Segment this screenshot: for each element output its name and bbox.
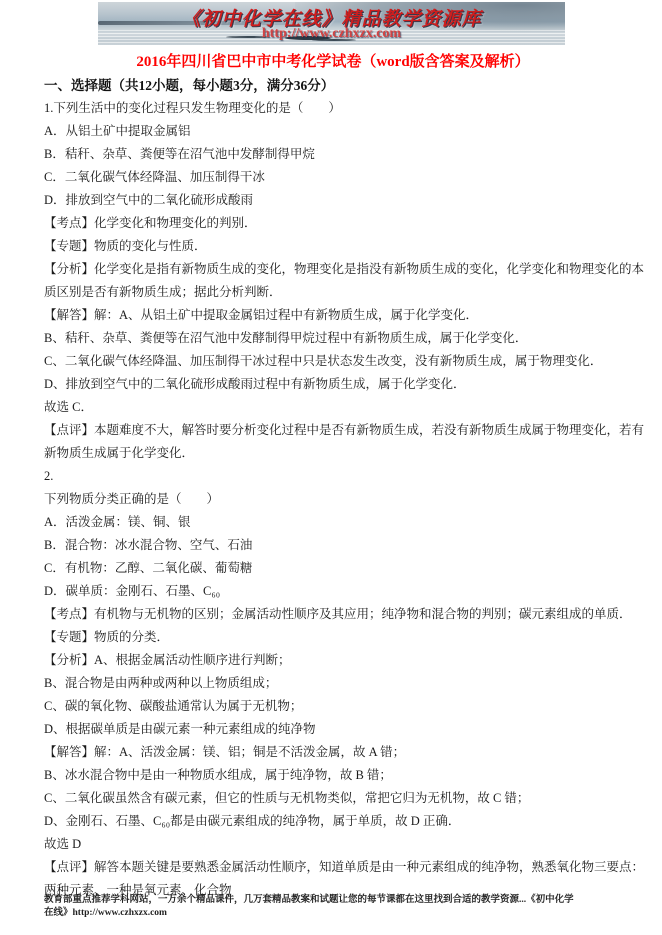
text-line: C、二氧化碳气体经降温、加压制得干冰过程中只是状态发生改变，没有新物质生成，属于…: [44, 350, 622, 373]
text-line: B、冰水混合物中是由一种物质水组成，属于纯净物，故 B 错；: [44, 764, 622, 787]
text-line: B．秸秆、杂草、粪便等在沼气池中发酵制得甲烷: [44, 143, 622, 166]
text-line: 【点评】本题难度不大，解答时要分析变化过程中是否有新物质生成，若没有新物质生成属…: [44, 419, 622, 442]
text-line: B、混合物是由两种或两种以上物质组成；: [44, 672, 622, 695]
text-line: 故选 C．: [44, 396, 622, 419]
text-line: C、碳的氧化物、碳酸盐通常认为属于无机物；: [44, 695, 622, 718]
footer-line: 在线》http://www.czhxzx.com: [44, 907, 622, 920]
body-lines: 1.下列生活中的变化过程只发生物理变化的是（ ）A．从铝土矿中提取金属铝B．秸秆…: [44, 97, 622, 902]
banner-site-url: http://www.czhxzx.com: [98, 26, 565, 42]
text-line: 【考点】化学变化和物理变化的判别．: [44, 212, 622, 235]
text-line: 下列物质分类正确的是（ ）: [44, 488, 622, 511]
document-title: 2016年四川省巴中市中考化学试卷（word版含答案及解析）: [44, 51, 622, 74]
text-line: A．从铝土矿中提取金属铝: [44, 120, 622, 143]
text-line: 【考点】有机物与无机物的区别；金属活动性顺序及其应用；纯净物和混合物的判别；碳元…: [44, 603, 622, 626]
text-line: 【解答】解：A、活泼金属：镁、铝；铜是不活泼金属，故 A 错；: [44, 741, 622, 764]
text-line: 【解答】解：A、从铝土矿中提取金属铝过程中有新物质生成，属于化学变化．: [44, 304, 622, 327]
text-line: D、排放到空气中的二氧化硫形成酸雨过程中有新物质生成，属于化学变化．: [44, 373, 622, 396]
section-heading: 一、选择题（共12小题，每小题3分，满分36分）: [44, 74, 622, 97]
text-line: D．碳单质：金刚石、石墨、C₆₀: [44, 580, 622, 603]
document-page: 《初中化学在线》精品教学资源库 http://www.czhxzx.com 20…: [0, 0, 662, 935]
text-line: C．二氧化碳气体经降温、加压制得干冰: [44, 166, 622, 189]
text-line: D、金刚石、石墨、C₆₀都是由碳元素组成的纯净物，属于单质，故 D 正确．: [44, 810, 622, 833]
header-banner-image: 《初中化学在线》精品教学资源库 http://www.czhxzx.com: [98, 2, 565, 45]
text-line: 【专题】物质的变化与性质．: [44, 235, 622, 258]
text-line: 【分析】化学变化是指有新物质生成的变化，物理变化是指没有新物质生成的变化，化学变…: [44, 258, 622, 281]
text-line: B、秸秆、杂草、粪便等在沼气池中发酵制得甲烷过程中有新物质生成，属于化学变化．: [44, 327, 622, 350]
text-line: 新物质生成属于化学变化．: [44, 442, 622, 465]
text-line: 1.下列生活中的变化过程只发生物理变化的是（ ）: [44, 97, 622, 120]
text-line: 【点评】解答本题关键是要熟悉金属活动性顺序，知道单质是由一种元素组成的纯净物，熟…: [44, 856, 622, 879]
text-line: D．排放到空气中的二氧化硫形成酸雨: [44, 189, 622, 212]
footer: 教育部重点推荐学科网站，一万余个精品课件，几万套精品教案和试题让您的每节课都在这…: [44, 894, 622, 920]
text-line: 2.: [44, 465, 622, 488]
text-line: C、二氧化碳虽然含有碳元素，但它的性质与无机物类似，常把它归为无机物，故 C 错…: [44, 787, 622, 810]
text-line: 故选 D: [44, 833, 622, 856]
text-line: 【专题】物质的分类．: [44, 626, 622, 649]
text-line: C．有机物：乙醇、二氧化碳、葡萄糖: [44, 557, 622, 580]
footer-line: 教育部重点推荐学科网站，一万余个精品课件，几万套精品教案和试题让您的每节课都在这…: [44, 894, 622, 907]
text-line: B．混合物：冰水混合物、空气、石油: [44, 534, 622, 557]
document-body: 2016年四川省巴中市中考化学试卷（word版含答案及解析） 一、选择题（共12…: [44, 51, 622, 902]
text-line: A．活泼金属：镁、铜、银: [44, 511, 622, 534]
text-line: D、根据碳单质是由碳元素一种元素组成的纯净物: [44, 718, 622, 741]
text-line: 质区别是否有新物质生成；据此分析判断．: [44, 281, 622, 304]
text-line: 【分析】A、根据金属活动性顺序进行判断；: [44, 649, 622, 672]
